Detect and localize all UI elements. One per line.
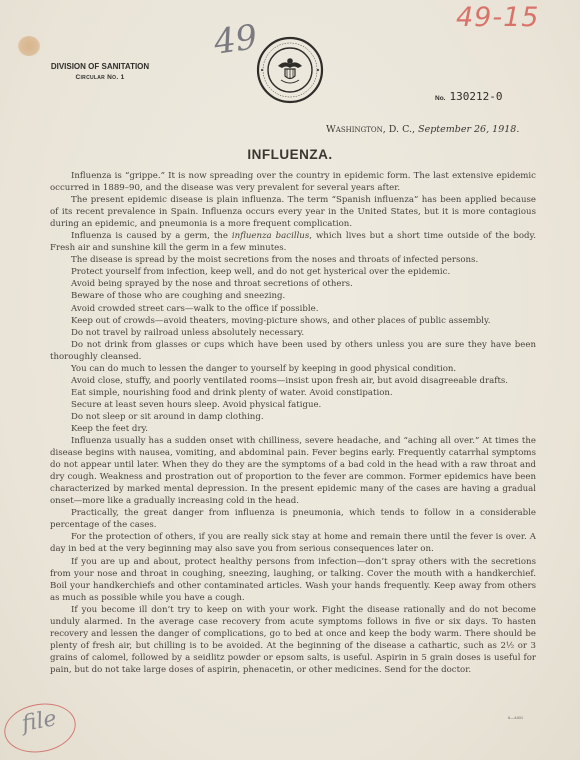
paragraph: Keep out of crowds—avoid theaters, movin… (50, 315, 536, 327)
red-ink-annotation: 49-15 (456, 2, 539, 33)
document-page: 49 49-15 DIVISION OF SANITATION Circular… (0, 0, 580, 760)
paragraph-text: Influenza is caused by a germ, the (71, 231, 232, 241)
paragraph: Do not sleep or sit around in damp cloth… (50, 411, 536, 423)
circular-number: Circular No. 1 (50, 74, 150, 81)
paragraph: Avoid being sprayed by the nose and thro… (50, 278, 536, 290)
paragraph: Secure at least seven hours sleep. Avoid… (50, 399, 536, 411)
file-stamp: file (0, 698, 79, 758)
paragraph: You can do much to lessen the danger to … (50, 363, 536, 375)
italic-term: influenza bacillus (232, 231, 309, 241)
paragraph: Do not travel by railroad unless absolut… (50, 327, 536, 339)
file-label: file (20, 706, 59, 737)
document-title: INFLUENZA. (0, 147, 580, 162)
print-code: 6—4401 (508, 715, 523, 720)
navy-seal-icon (256, 36, 324, 104)
paragraph: Influenza is “grippe.” It is now spreadi… (50, 170, 536, 194)
paragraph: If you become ill don’t try to keep on w… (50, 604, 536, 676)
pencil-annotation: 49 (211, 17, 259, 63)
document-body: Influenza is “grippe.” It is now spreadi… (50, 170, 536, 676)
division-name: DIVISION OF SANITATION (50, 62, 150, 71)
paragraph: Influenza usually has a sudden onset wit… (50, 435, 536, 507)
paragraph: Beware of those who are coughing and sne… (50, 290, 536, 302)
dateline: Washington, D. C., September 26, 1918. (326, 124, 519, 135)
paragraph: Do not drink from glasses or cups which … (50, 339, 536, 363)
division-heading: DIVISION OF SANITATION Circular No. 1 (50, 62, 150, 81)
document-number: No.130212-0 (435, 90, 502, 103)
paragraph: Avoid crowded street cars—walk to the of… (50, 303, 536, 315)
number-value: 130212-0 (449, 90, 502, 103)
paragraph: The present epidemic disease is plain in… (50, 194, 536, 230)
paragraph: The disease is spread by the moist secre… (50, 254, 536, 266)
number-label: No. (435, 95, 445, 102)
paragraph: Eat simple, nourishing food and drink pl… (50, 387, 536, 399)
paragraph: For the protection of others, if you are… (50, 531, 536, 555)
dateline-date: September 26, 1918. (418, 124, 519, 135)
paragraph: Keep the feet dry. (50, 423, 536, 435)
paragraph: Protect yourself from infection, keep we… (50, 266, 536, 278)
paragraph: If you are up and about, protect healthy… (50, 556, 536, 604)
paragraph: Influenza is caused by a germ, the influ… (50, 230, 536, 254)
dateline-place: Washington, D. C., (326, 124, 415, 135)
coffee-stain (18, 36, 40, 56)
paragraph: Avoid close, stuffy, and poorly ventilat… (50, 375, 536, 387)
paragraph: Practically, the great danger from influ… (50, 507, 536, 531)
